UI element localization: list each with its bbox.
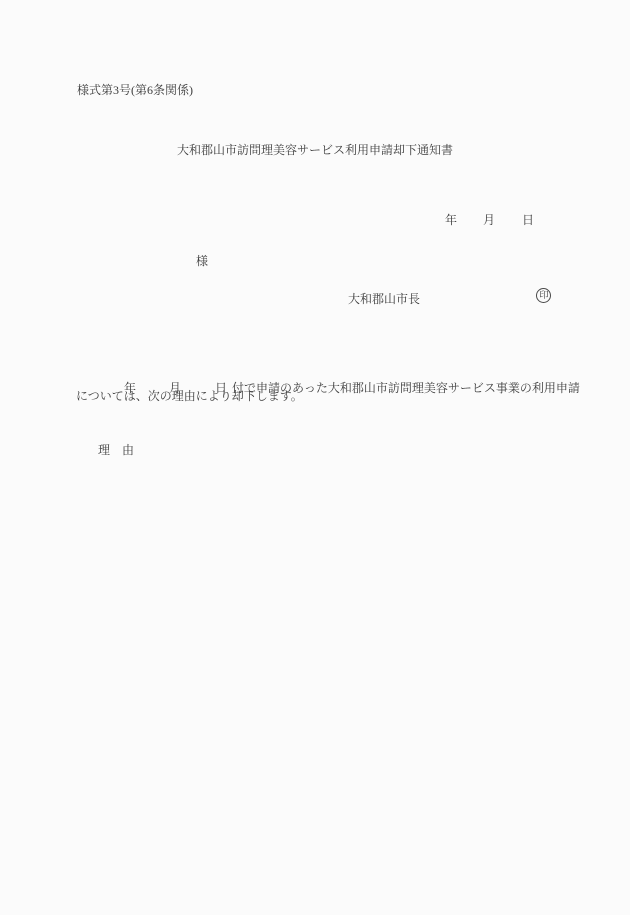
issue-date-day-label: 日 (522, 213, 534, 227)
addressee-suffix: 様 (196, 254, 208, 269)
reason-label: 理 由 (98, 443, 134, 458)
page-title: 大和郡山市訪問理美容サービス利用申請却下通知書 (0, 143, 630, 158)
document-page: 様式第3号(第6条関係) 大和郡山市訪問理美容サービス利用申請却下通知書 年月日… (0, 0, 630, 915)
sender-name: 大和郡山市長 (348, 292, 420, 307)
seal-label: 印 (539, 291, 548, 300)
form-number: 様式第3号(第6条関係) (77, 83, 193, 98)
issue-date-month-label: 月 (483, 213, 495, 227)
issue-date-year-label: 年 (445, 213, 457, 227)
seal-mark: 印 (536, 288, 551, 303)
body-line-2: については、次の理由により却下します。 (76, 389, 303, 404)
issue-date-line: 年月日 (433, 198, 534, 243)
